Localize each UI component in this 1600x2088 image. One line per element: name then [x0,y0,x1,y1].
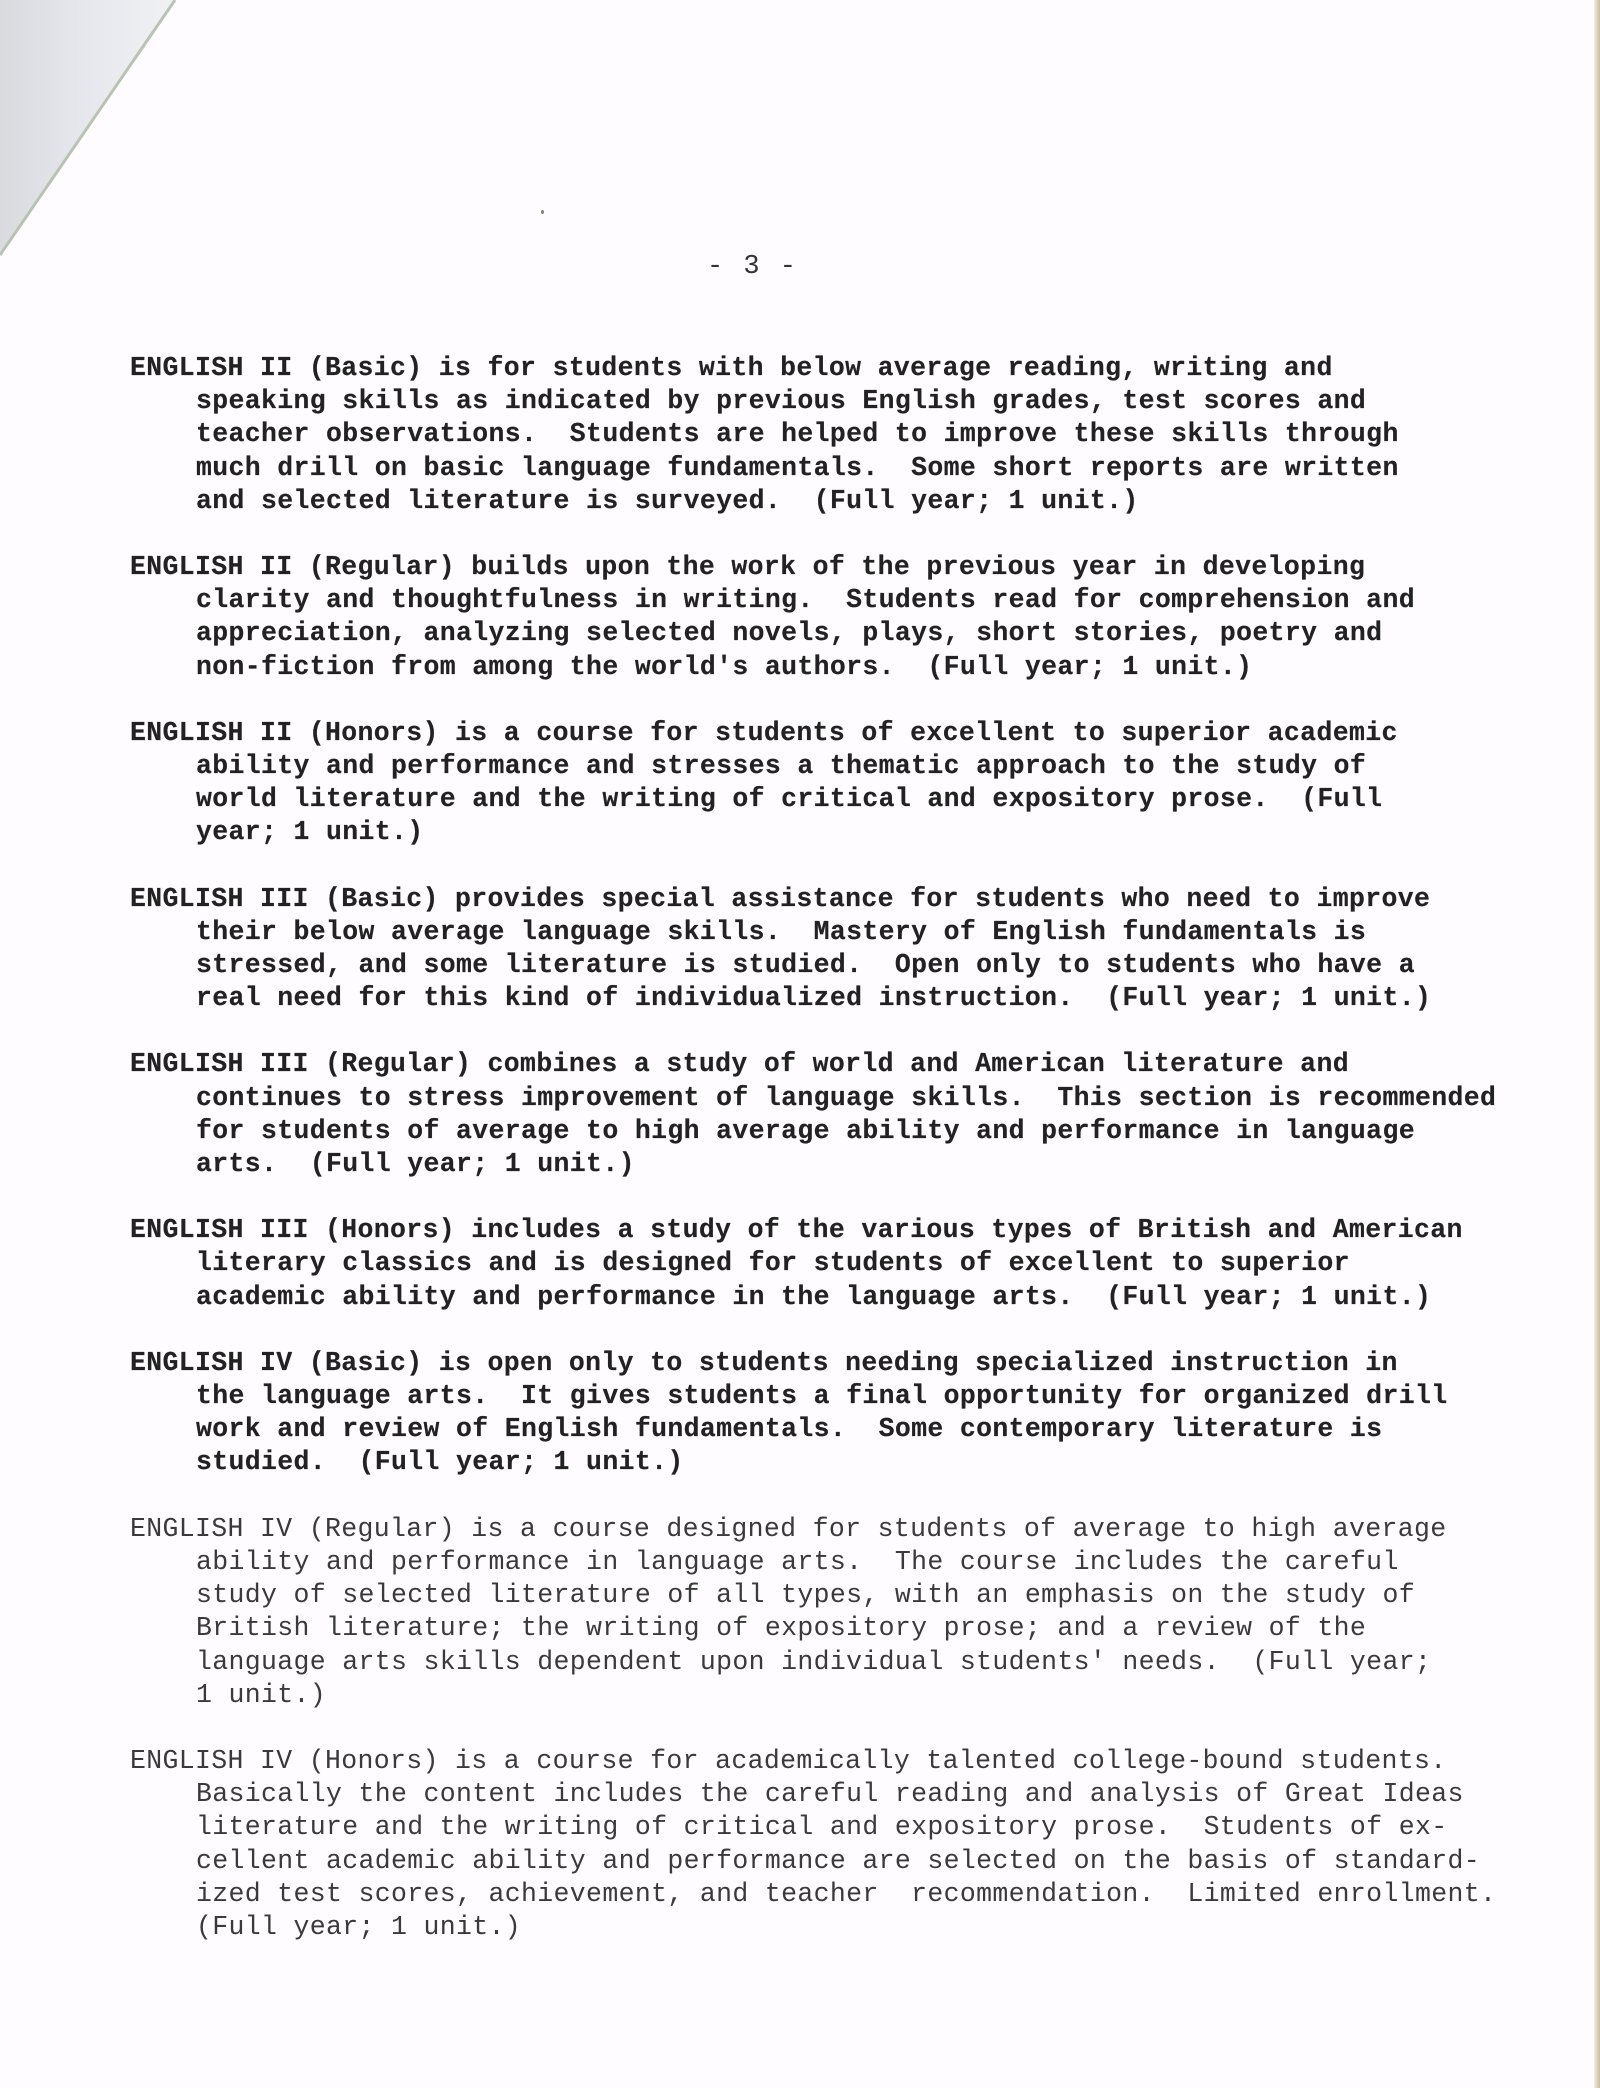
course-text-line: academic ability and performance in the … [130,1281,1530,1314]
course-text-line: British literature; the writing of expos… [130,1612,1530,1645]
course-text-line: continues to stress improvement of langu… [130,1082,1530,1115]
course-text-line: their below average language skills. Mas… [130,916,1530,949]
page-number: - 3 - [0,252,1505,282]
course-english-ii-basic: ENGLISH II (Basic) is for students with … [130,352,1530,518]
course-text-line: appreciation, analyzing selected novels,… [130,617,1530,650]
course-text-line: the language arts. It gives students a f… [130,1380,1530,1413]
course-title-line: ENGLISH II (Honors) is a course for stud… [130,717,1530,750]
course-text-line: arts. (Full year; 1 unit.) [130,1148,1530,1181]
course-text-line: (Full year; 1 unit.) [130,1911,1530,1944]
course-text-line: much drill on basic language fundamental… [130,452,1530,485]
course-english-ii-honors: ENGLISH II (Honors) is a course for stud… [130,717,1530,850]
course-title-line: ENGLISH IV (Regular) is a course designe… [130,1513,1530,1546]
course-title-line: ENGLISH II (Regular) builds upon the wor… [130,551,1530,584]
course-text-line: ized test scores, achievement, and teach… [130,1878,1530,1911]
paper-speck [541,210,544,214]
course-text-line: real need for this kind of individualize… [130,982,1530,1015]
scanned-page: - 3 - ENGLISH II (Basic) is for students… [0,0,1600,2088]
course-text-line: literary classics and is designed for st… [130,1247,1530,1280]
course-english-iv-basic: ENGLISH IV (Basic) is open only to stude… [130,1347,1530,1480]
course-title-line: ENGLISH IV (Basic) is open only to stude… [130,1347,1530,1380]
course-text-line: stressed, and some literature is studied… [130,949,1530,982]
course-title-line: ENGLISH II (Basic) is for students with … [130,352,1530,385]
course-text-line: ability and performance and stresses a t… [130,750,1530,783]
course-text-line: literature and the writing of critical a… [130,1811,1530,1844]
course-text-line: non-fiction from among the world's autho… [130,651,1530,684]
course-text-line: and selected literature is surveyed. (Fu… [130,485,1530,518]
course-text-line: language arts skills dependent upon indi… [130,1646,1530,1679]
course-text-line: study of selected literature of all type… [130,1579,1530,1612]
course-text-line: work and review of English fundamentals.… [130,1413,1530,1446]
course-english-iv-regular: ENGLISH IV (Regular) is a course designe… [130,1513,1530,1712]
course-english-iv-honors: ENGLISH IV (Honors) is a course for acad… [130,1745,1530,1944]
course-text-line: ability and performance in language arts… [130,1546,1530,1579]
course-title-line: ENGLISH IV (Honors) is a course for acad… [130,1745,1530,1778]
course-english-iii-honors: ENGLISH III (Honors) includes a study of… [130,1214,1530,1314]
course-english-iii-basic: ENGLISH III (Basic) provides special ass… [130,883,1530,1016]
course-text-line: studied. (Full year; 1 unit.) [130,1446,1530,1479]
course-text-line: speaking skills as indicated by previous… [130,385,1530,418]
course-text-line: world literature and the writing of crit… [130,783,1530,816]
course-title-line: ENGLISH III (Honors) includes a study of… [130,1214,1530,1247]
course-text-line: for students of average to high average … [130,1115,1530,1148]
course-descriptions: ENGLISH II (Basic) is for students with … [130,352,1530,1977]
course-text-line: teacher observations. Students are helpe… [130,418,1530,451]
course-english-iii-regular: ENGLISH III (Regular) combines a study o… [130,1048,1530,1181]
course-text-line: 1 unit.) [130,1679,1530,1712]
folded-corner-shadow [0,0,180,260]
scan-edge [1594,0,1600,2088]
course-english-ii-regular: ENGLISH II (Regular) builds upon the wor… [130,551,1530,684]
course-text-line: year; 1 unit.) [130,816,1530,849]
course-title-line: ENGLISH III (Regular) combines a study o… [130,1048,1530,1081]
course-text-line: cellent academic ability and performance… [130,1845,1530,1878]
course-text-line: clarity and thoughtfulness in writing. S… [130,584,1530,617]
course-text-line: Basically the content includes the caref… [130,1778,1530,1811]
course-title-line: ENGLISH III (Basic) provides special ass… [130,883,1530,916]
